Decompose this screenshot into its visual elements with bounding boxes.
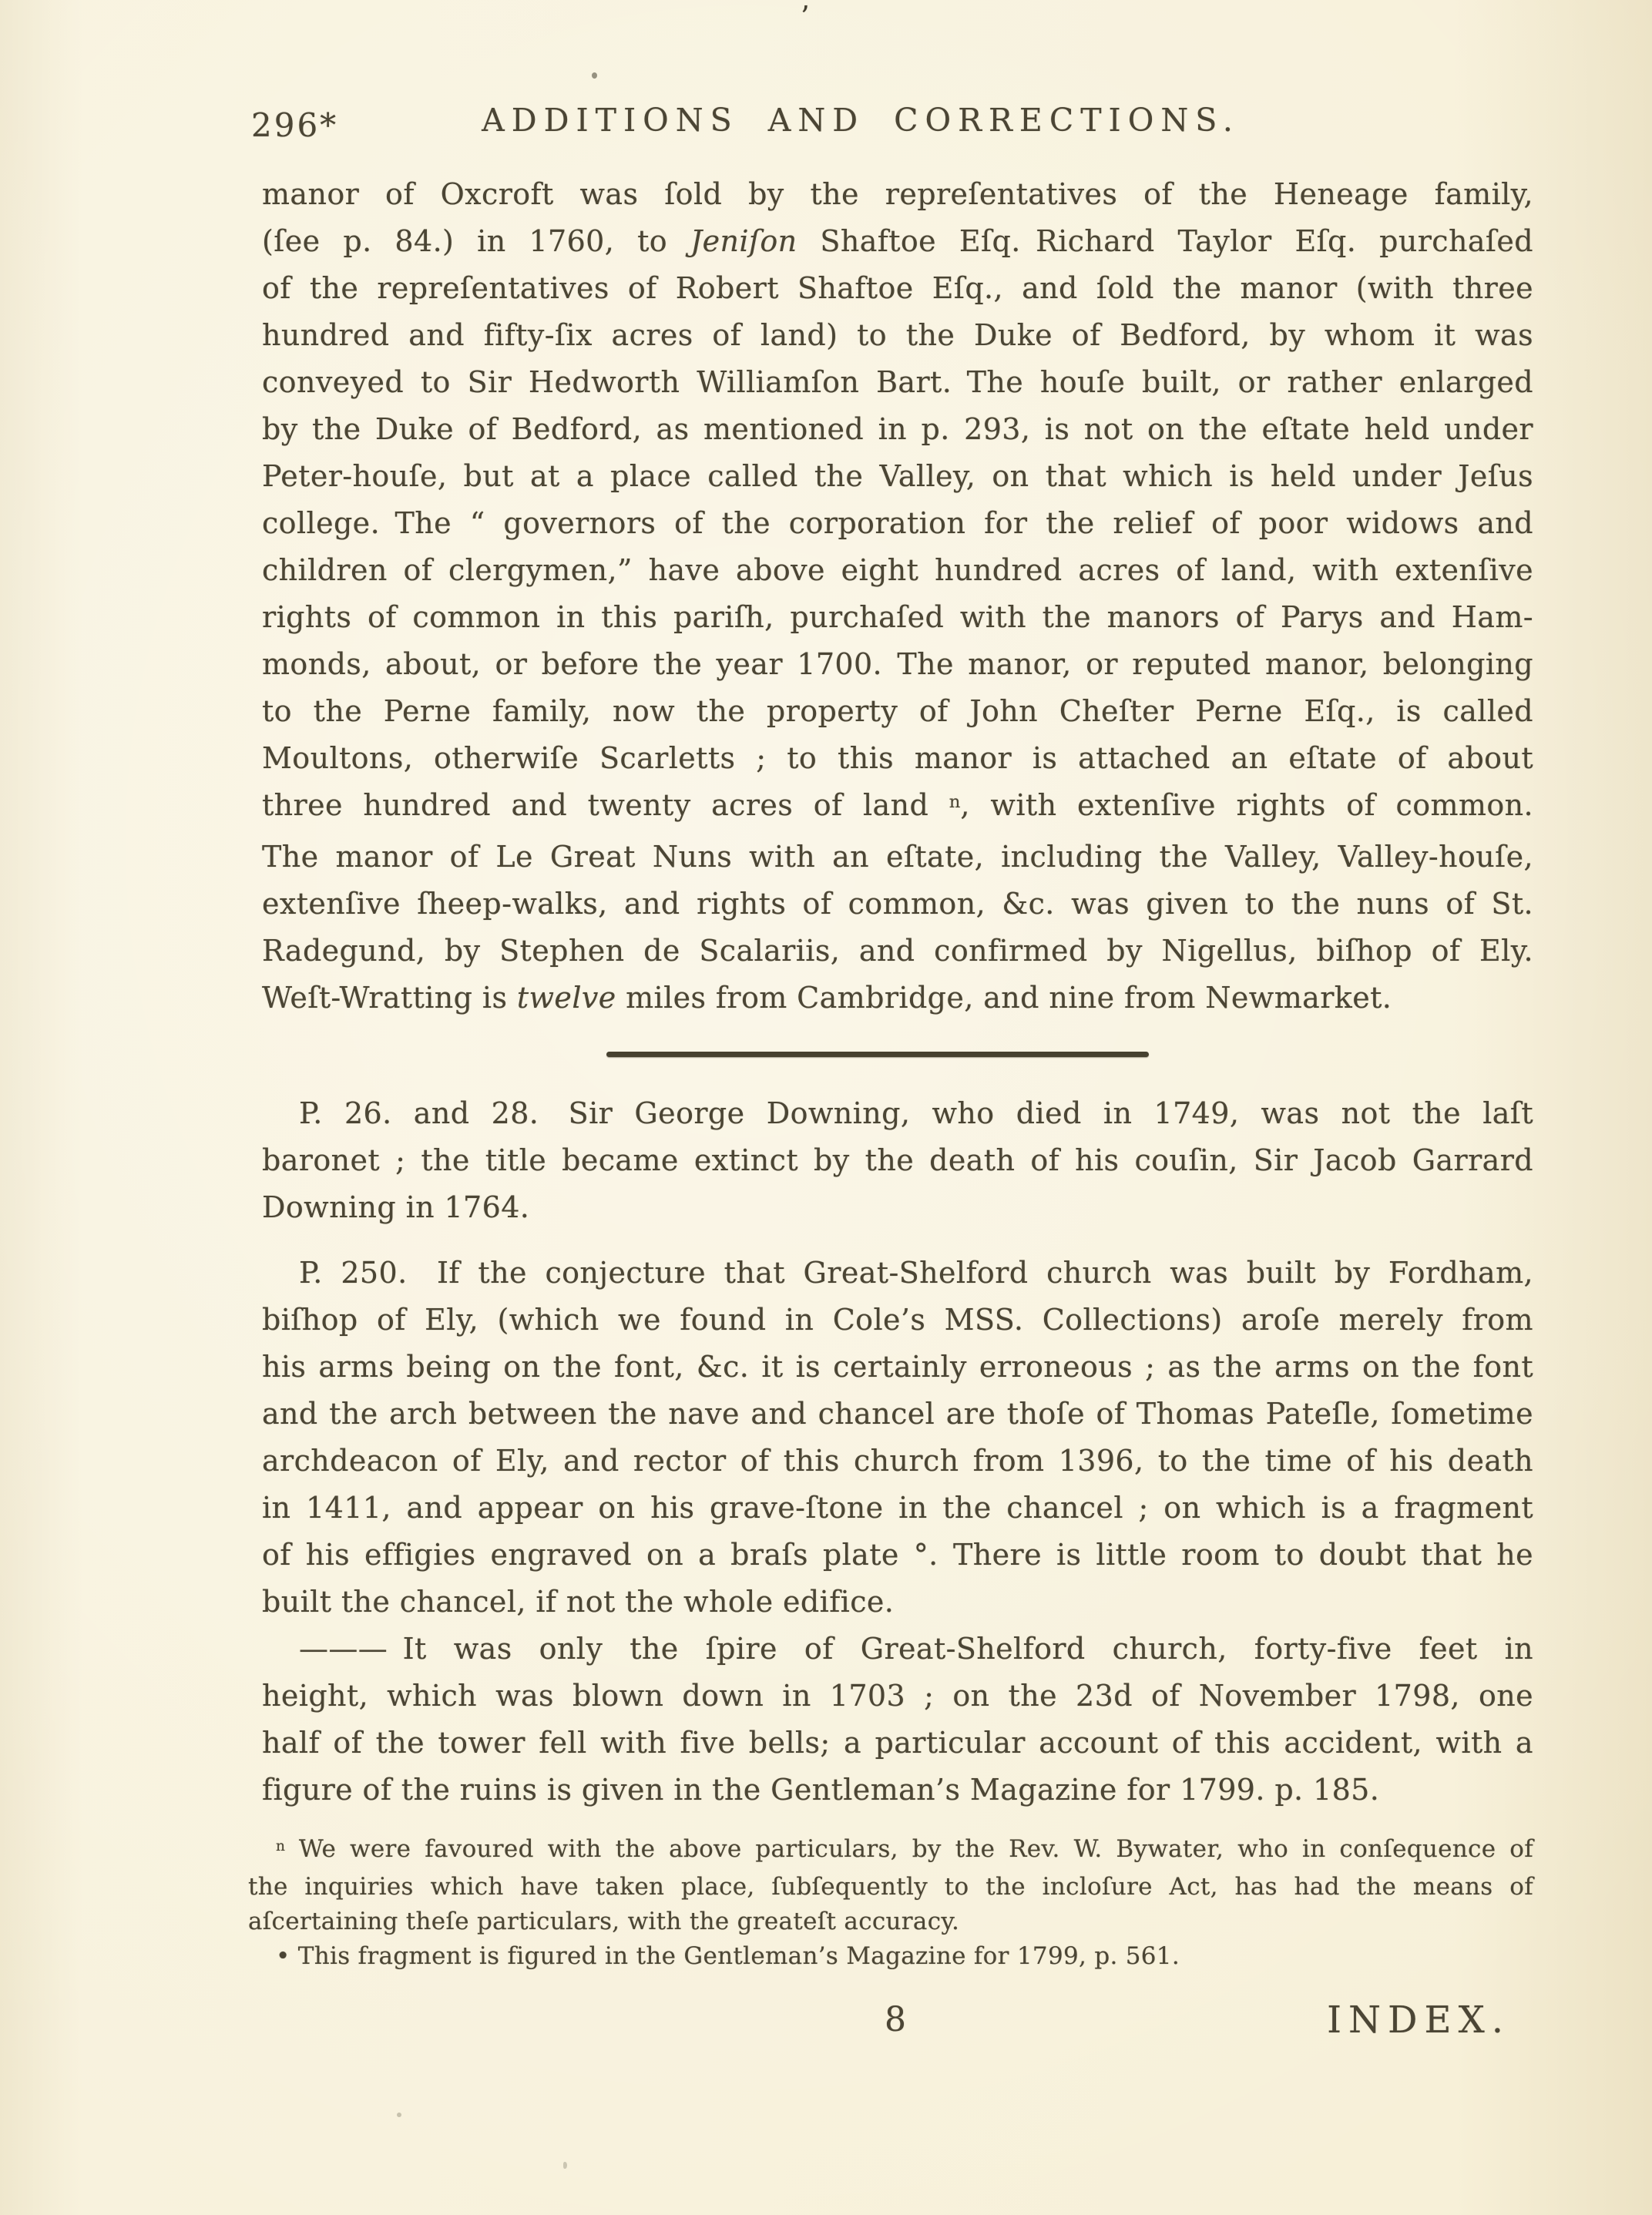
- text-line: the inquiries which have taken place, ſu…: [248, 1870, 1533, 1905]
- text-segment: manor of Oxcroft was ſold by the repreſe…: [262, 177, 1533, 211]
- text-line: his arms being on the font, &c. it is ce…: [262, 1344, 1533, 1391]
- footnote-gentlemans-magazine: • This fragment is figured in the Gentle…: [248, 1939, 1533, 1974]
- text-line: The manor of Le Great Nuns with an eſtat…: [262, 834, 1533, 881]
- text-segment: built the chancel, if not the whole edif…: [262, 1585, 894, 1619]
- text-line: extenſive ſheep-walks, and rights of com…: [262, 881, 1533, 928]
- text-segment: figure of the ruins is given in the Gent…: [262, 1773, 1379, 1807]
- text-segment: rights of common in this pariſh, purchaſ…: [262, 600, 1533, 634]
- text-line: college. The “ governors of the corporat…: [262, 500, 1533, 547]
- text-segment: his arms being on the font, &c. it is ce…: [262, 1350, 1533, 1384]
- text-line: monds, about, or before the year 1700. T…: [262, 641, 1533, 688]
- text-segment: three hundred and twenty acres of land: [262, 788, 949, 822]
- text-line: half of the tower fell with five bells; …: [262, 1720, 1533, 1767]
- text-segment: hundred and fifty-ſix acres of land) to …: [262, 318, 1533, 352]
- text-line: • This fragment is figured in the Gentle…: [248, 1939, 1533, 1974]
- paragraph-group-continuation: manor of Oxcroft was ſold by the repreſe…: [262, 171, 1533, 1022]
- text-segment: college. The “ governors of the corporat…: [262, 506, 1533, 540]
- text-segment: aſcertaining theſe particulars, with the…: [248, 1908, 959, 1935]
- text-line: baronet ; the title became extinct by th…: [262, 1137, 1533, 1184]
- text-segment: P. 26. and 28. Sir George Downing, who d…: [299, 1096, 1533, 1130]
- section-divider-rule: [606, 1052, 1149, 1057]
- page-number: 296*: [251, 106, 338, 144]
- text-line: archdeacon of Ely, and rector of this ch…: [262, 1438, 1533, 1485]
- text-segment: miles from Cambridge, and nine from Newm…: [616, 981, 1392, 1015]
- text-line: Moultons, otherwiſe Scarletts ; to this …: [262, 735, 1533, 782]
- text-segment: and the arch between the nave and chance…: [262, 1397, 1533, 1431]
- text-segment: archdeacon of Ely, and rector of this ch…: [262, 1444, 1533, 1478]
- text-line: to the Perne family, now the property of…: [262, 688, 1533, 735]
- text-segment: biſhop of Ely, (which we found in Cole’s…: [262, 1303, 1533, 1337]
- text-line: children of clergymen,” have above eight…: [262, 547, 1533, 594]
- text-segment: conveyed to Sir Hedworth Williamſon Bart…: [262, 365, 1533, 399]
- text-line: Weſt-Wratting is twelve miles from Cambr…: [262, 975, 1533, 1022]
- ink-speck: [592, 72, 597, 79]
- text-line: P. 250. If the conjecture that Great-She…: [262, 1250, 1533, 1297]
- text-line: conveyed to Sir Hedworth Williamſon Bart…: [262, 359, 1533, 406]
- italic-text: Jeniſon: [690, 224, 797, 258]
- text-segment: by the Duke of Bedford, as mentioned in …: [262, 412, 1533, 446]
- text-segment: (ſee p. 84.) in 1760, to: [262, 224, 690, 258]
- text-line: and the arch between the nave and chance…: [262, 1391, 1533, 1438]
- text-segment: Shaftoe Eſq. Richard Taylor Eſq. purchaſ…: [797, 224, 1533, 258]
- text-segment: children of clergymen,” have above eight…: [262, 553, 1533, 587]
- text-segment: Weſt-Wratting is: [262, 981, 517, 1015]
- footnote-bywater: n We were favoured with the above partic…: [248, 1832, 1533, 1939]
- text-segment: The manor of Le Great Nuns with an eſtat…: [262, 840, 1533, 874]
- text-segment: Downing in 1764.: [262, 1190, 529, 1224]
- text-segment: half of the tower fell with five bells; …: [262, 1726, 1533, 1760]
- text-segment: P. 250. If the conjecture that Great-She…: [299, 1256, 1533, 1290]
- paragraph-p250-shelford-church: P. 250. If the conjecture that Great-She…: [262, 1250, 1533, 1626]
- text-line: Downing in 1764.: [262, 1184, 1533, 1231]
- paragraph-group-additions: P. 26. and 28. Sir George Downing, who d…: [262, 1090, 1533, 1814]
- catchword: INDEX.: [1327, 1999, 1510, 2042]
- text-segment: of his effigies engraved on a braſs plat…: [262, 1538, 1533, 1572]
- page-header: 296* ADDITIONS AND CORRECTIONS.: [262, 102, 1533, 151]
- text-line: Peter-houſe, but at a place called the V…: [262, 453, 1533, 500]
- text-line: ——— It was only the ſpire of Great-Shelf…: [262, 1626, 1533, 1673]
- signature-mark: 8: [885, 2000, 906, 2039]
- text-line: of his effigies engraved on a braſs plat…: [262, 1532, 1533, 1579]
- text-segment: monds, about, or before the year 1700. T…: [262, 647, 1533, 681]
- paragraph-shelford-spire: ——— It was only the ſpire of Great-Shelf…: [262, 1626, 1533, 1814]
- text-segment: Radegund, by Stephen de Scalariis, and c…: [262, 934, 1533, 968]
- text-segment: in 1411, and appear on his grave-ſtone i…: [262, 1491, 1533, 1525]
- ink-speck: [397, 2113, 401, 2117]
- text-segment: height, which was blown down in 1703 ; o…: [262, 1679, 1533, 1713]
- ink-speck: [563, 2162, 567, 2169]
- footnotes-block: n We were favoured with the above partic…: [248, 1832, 1533, 1974]
- paragraph-oxcroft-west-wratting: manor of Oxcroft was ſold by the repreſe…: [262, 171, 1533, 1022]
- main-text-block: manor of Oxcroft was ſold by the repreſe…: [262, 171, 1533, 1814]
- text-segment: Peter-houſe, but at a place called the V…: [262, 459, 1533, 493]
- text-segment: the inquiries which have taken place, ſu…: [248, 1873, 1533, 1901]
- text-line: of the repreſentatives of Robert Shaftoe…: [262, 265, 1533, 312]
- text-line: Radegund, by Stephen de Scalariis, and c…: [262, 928, 1533, 975]
- text-segment: baronet ; the title became extinct by th…: [262, 1143, 1533, 1177]
- text-segment: ——— It was only the ſpire of Great-Shelf…: [299, 1632, 1533, 1666]
- text-segment: to the Perne family, now the property of…: [262, 694, 1533, 728]
- text-line: built the chancel, if not the whole edif…: [262, 1579, 1533, 1626]
- text-line: in 1411, and appear on his grave-ſtone i…: [262, 1485, 1533, 1532]
- footnote-reference-mark: n: [949, 792, 961, 812]
- text-line: rights of common in this pariſh, purchaſ…: [262, 594, 1533, 641]
- stray-ink-mark: ʼ: [800, 2, 808, 33]
- paragraph-p26-downing: P. 26. and 28. Sir George Downing, who d…: [262, 1090, 1533, 1231]
- text-segment: Moultons, otherwiſe Scarletts ; to this …: [262, 741, 1533, 775]
- text-line: figure of the ruins is given in the Gent…: [262, 1767, 1533, 1814]
- italic-text: twelve: [517, 981, 616, 1015]
- text-segment: , with extenſive rights of common.: [960, 788, 1533, 822]
- text-segment: extenſive ſheep-walks, and rights of com…: [262, 887, 1533, 921]
- text-line: n We were favoured with the above partic…: [248, 1832, 1533, 1870]
- text-line: three hundred and twenty acres of land n…: [262, 782, 1533, 834]
- text-line: manor of Oxcroft was ſold by the repreſe…: [262, 171, 1533, 218]
- footnote-reference-mark: n: [276, 1838, 285, 1854]
- text-line: by the Duke of Bedford, as mentioned in …: [262, 406, 1533, 453]
- text-line: P. 26. and 28. Sir George Downing, who d…: [262, 1090, 1533, 1137]
- text-line: hundred and fifty-ſix acres of land) to …: [262, 312, 1533, 359]
- text-segment: of the repreſentatives of Robert Shaftoe…: [262, 271, 1533, 305]
- text-segment: We were favoured with the above particul…: [285, 1835, 1533, 1863]
- text-line: (ſee p. 84.) in 1760, to Jeniſon Shaftoe…: [262, 218, 1533, 265]
- text-line: aſcertaining theſe particulars, with the…: [248, 1905, 1533, 1939]
- running-title: ADDITIONS AND CORRECTIONS.: [262, 102, 1533, 139]
- text-line: biſhop of Ely, (which we found in Cole’s…: [262, 1297, 1533, 1344]
- text-segment: • This fragment is figured in the Gentle…: [276, 1942, 1180, 1970]
- text-line: height, which was blown down in 1703 ; o…: [262, 1673, 1533, 1720]
